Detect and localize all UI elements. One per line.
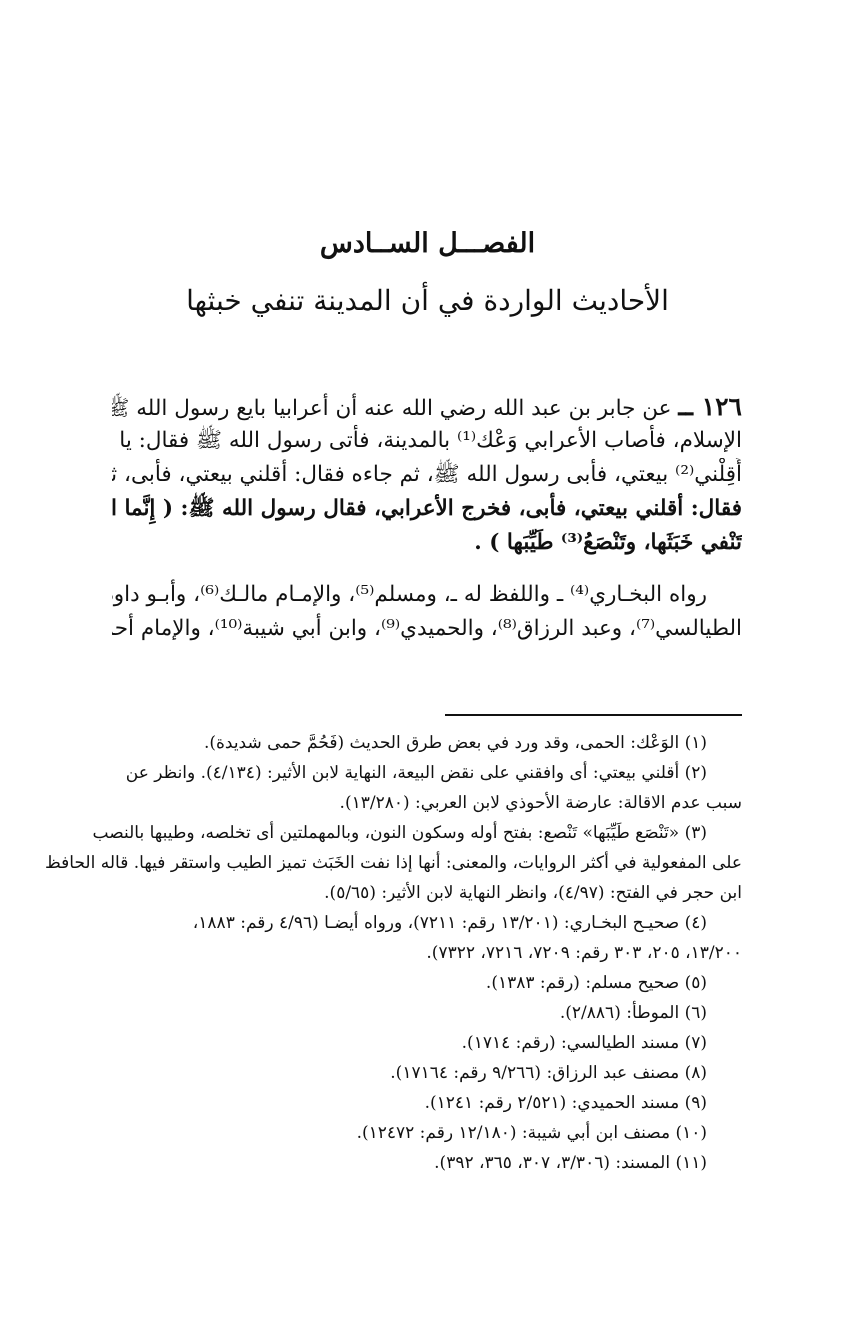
- book-page: الفصـــل الســادس الأحاديث الواردة في أن…: [0, 0, 855, 1325]
- hadith-line: ١٢٦ ــ عن جابر بن عبد الله رضي الله عنه …: [112, 390, 742, 424]
- hadith-line: أَقِلْني⁽²⁾ بيعتي، فأبى رسول الله ﷺ، ثم …: [112, 458, 742, 492]
- narration-line: الطيالسي⁽⁷⁾، وعبد الرزاق⁽⁸⁾، والحميدي⁽⁹⁾…: [112, 612, 742, 646]
- footnote-11: (١١) المسند: (٣/٣٠٦، ٣٠٧، ٣٦٥، ٣٩٢).: [112, 1148, 742, 1178]
- footnote-7: (٧) مسند الطيالسي: (رقم: ١٧١٤).: [112, 1028, 742, 1058]
- footnote-separator: [445, 714, 742, 716]
- narration-text: رواه البخـاري⁽⁴⁾ ـ واللفظ له ـ، ومسلم⁽⁵⁾…: [112, 578, 742, 646]
- hadith-text: ١٢٦ ــ عن جابر بن عبد الله رضي الله عنه …: [112, 390, 742, 560]
- footnote-4-cont: ١٣/٢٠٠، ٢٠٥، ٣٠٣ رقم: ٧٢٠٩، ٧٢١٦، ٧٣٢٢).: [112, 938, 742, 968]
- footnote-9: (٩) مسند الحميدي: (٢/٥٢١ رقم: ١٢٤١).: [112, 1088, 742, 1118]
- hadith-number: ١٢٦ ــ: [678, 392, 742, 421]
- hadith-line-text: عن جابر بن عبد الله رضي الله عنه أن أعرا…: [112, 396, 672, 421]
- footnote-6: (٦) الموطأ: (٢/٨٨٦).: [112, 998, 742, 1028]
- hadith-line: تَنْفي خَبَثَها، وتَنْصَعُ⁽³⁾ طَيِّبَها …: [112, 526, 742, 560]
- hadith-line: فقال: أقلني بيعتي، فأبى، فخرج الأعرابي، …: [112, 492, 742, 526]
- chapter-title: الفصـــل الســادس: [0, 228, 855, 259]
- footnote-2-cont: سبب عدم الاقالة: عارضة الأحوذي لابن العر…: [112, 788, 742, 818]
- hadith-line: الإسلام، فأصاب الأعرابي وَعْك⁽¹⁾ بالمدين…: [112, 424, 742, 458]
- footnote-5: (٥) صحيح مسلم: (رقم: ١٣٨٣).: [112, 968, 742, 998]
- footnote-3: (٣) «تَنْصَع طَيِّبَها» تَنْصع: بفتح أول…: [112, 818, 742, 848]
- chapter-subtitle: الأحاديث الواردة في أن المدينة تنفي خبثه…: [0, 284, 855, 317]
- footnote-10: (١٠) مصنف ابن أبي شيبة: (١٢/١٨٠ رقم: ١٢٤…: [112, 1118, 742, 1148]
- footnote-1: (١) الوَعْك: الحمى، وقد ورد في بعض طرق ا…: [112, 728, 742, 758]
- footnote-4: (٤) صحيـح البخـاري: (١٣/٢٠١ رقم: ٧٢١١)، …: [112, 908, 742, 938]
- footnotes: (١) الوَعْك: الحمى، وقد ورد في بعض طرق ا…: [112, 728, 742, 1178]
- footnote-8: (٨) مصنف عبد الرزاق: (٩/٢٦٦ رقم: ١٧١٦٤).: [112, 1058, 742, 1088]
- footnote-3-cont: على المفعولية في أكثر الروايات، والمعنى:…: [112, 848, 742, 878]
- narration-line: رواه البخـاري⁽⁴⁾ ـ واللفظ له ـ، ومسلم⁽⁵⁾…: [112, 578, 742, 612]
- footnote-3-cont: ابن حجر في الفتح: (٤/٩٧)، وانظر النهاية …: [112, 878, 742, 908]
- footnote-2: (٢) أقلني بيعتي: أى وافقني على نقض البيع…: [112, 758, 742, 788]
